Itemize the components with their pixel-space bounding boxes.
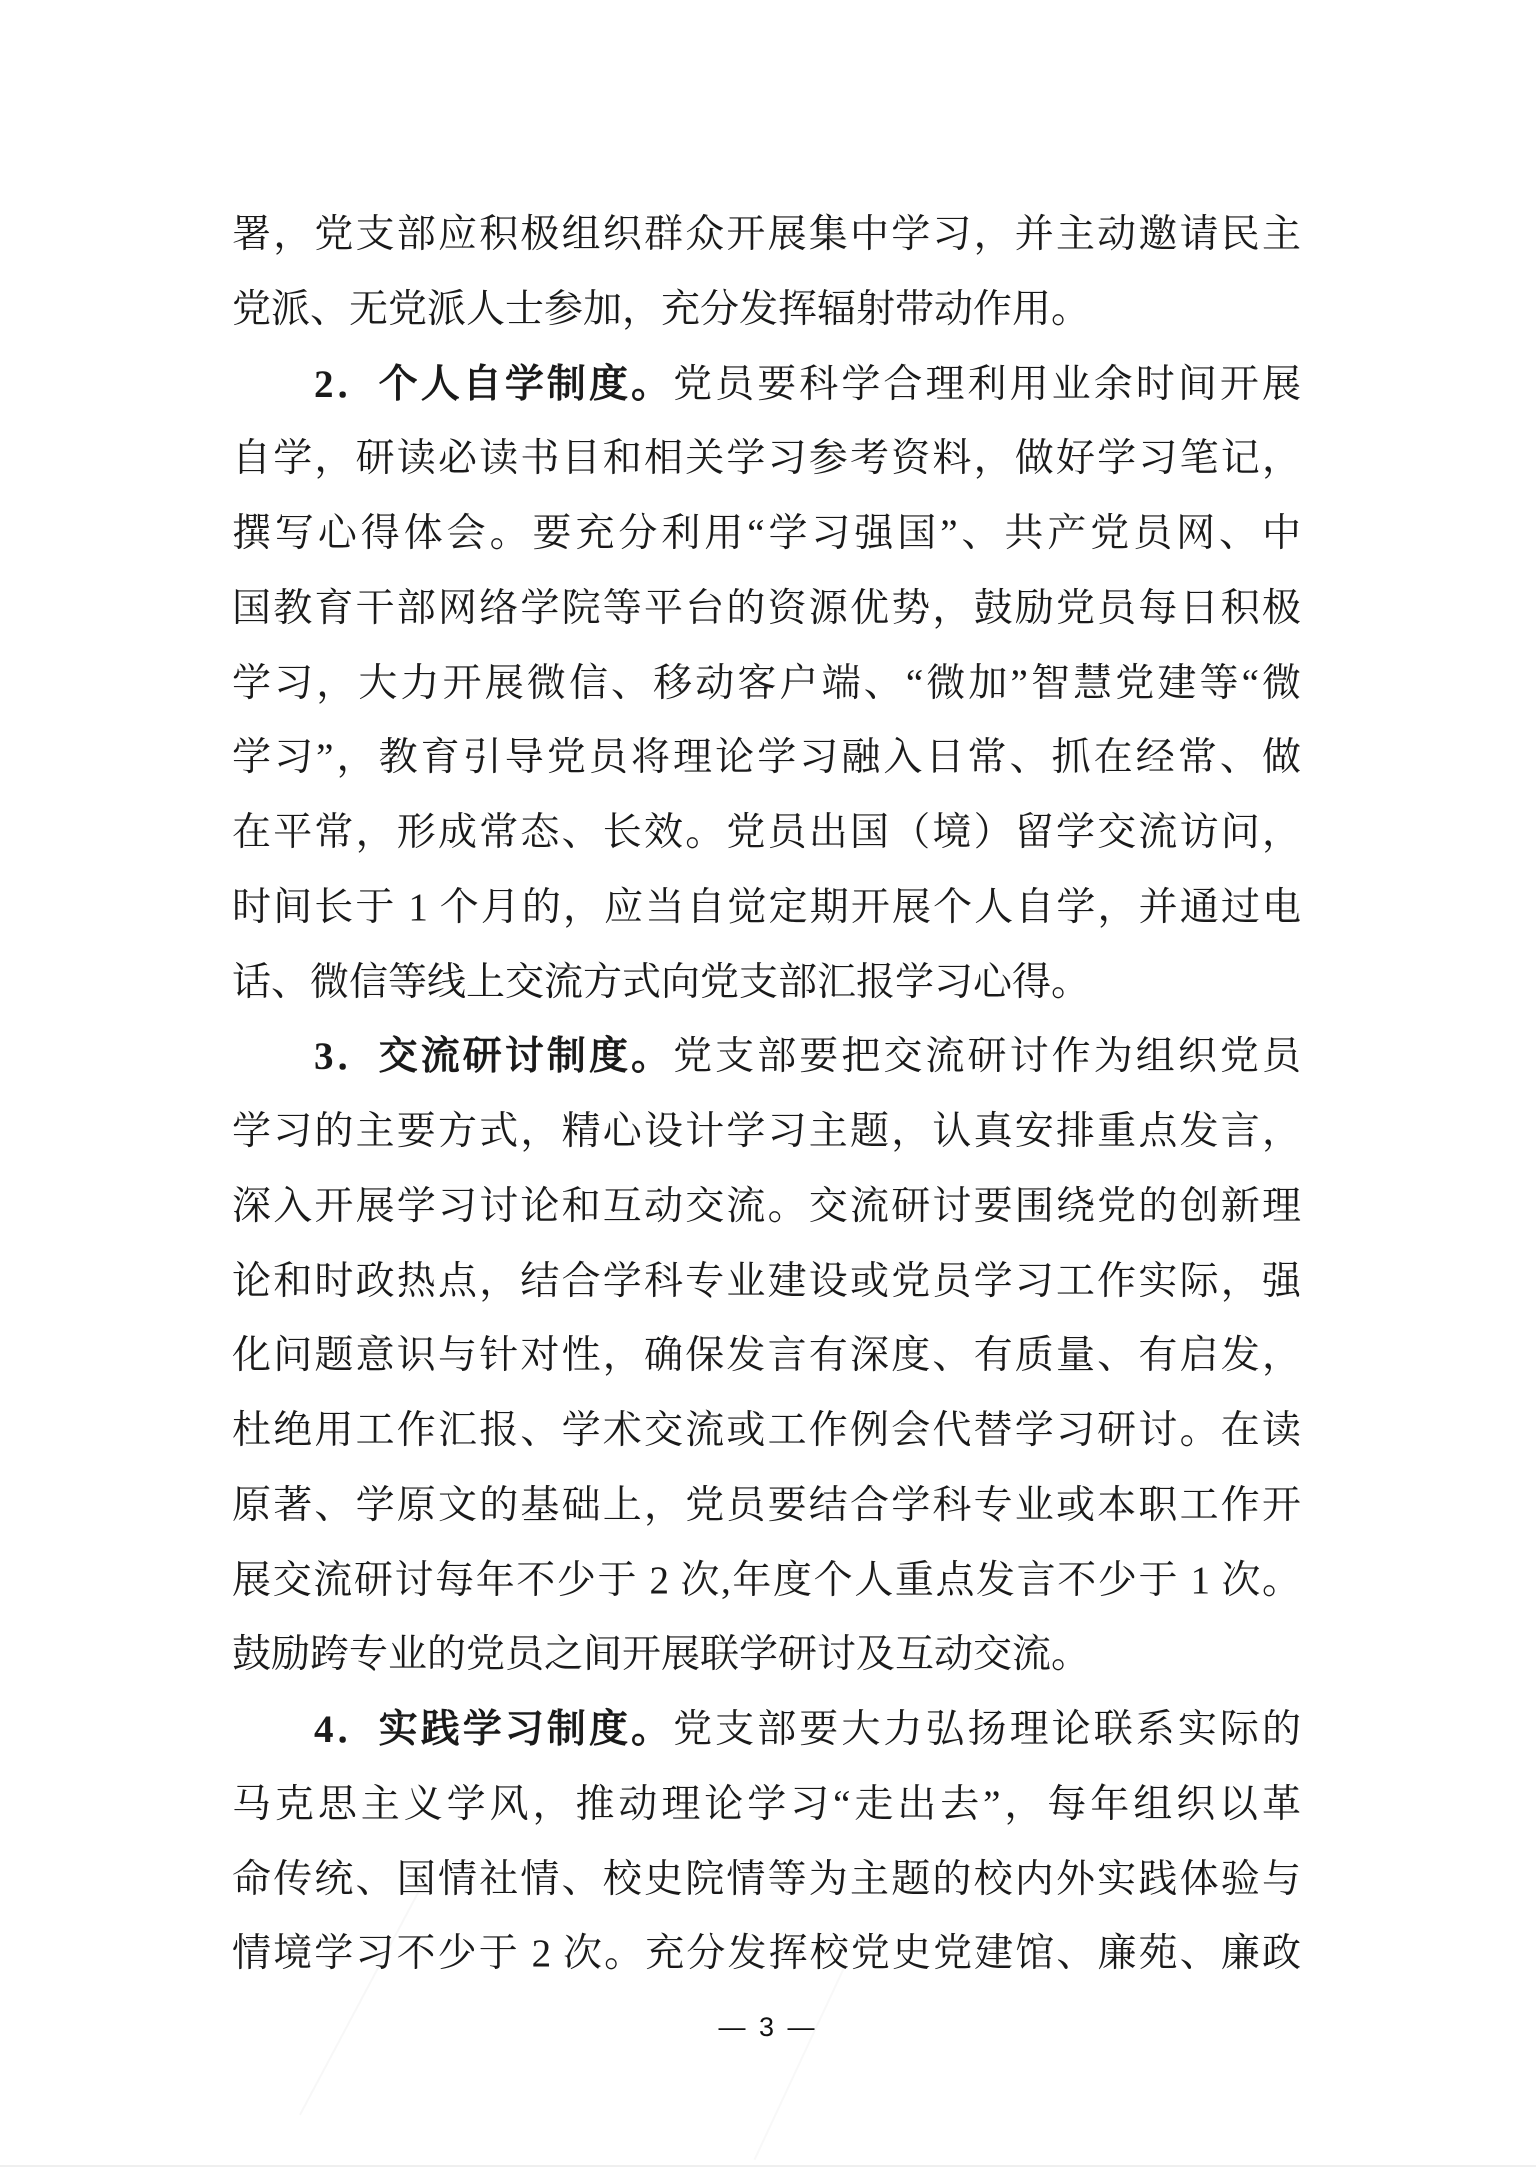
text-line: 原著、学原文的基础上，党员要结合学科专业或本职工作开 (232, 1469, 1301, 1544)
page-bottom-edge (0, 2165, 1536, 2167)
paragraph-text: 党派、无党派人士参加，充分发挥辐射带动作用。 (232, 288, 1090, 331)
paragraph-text: 党支部要把交流研讨作为组织党员 (673, 1035, 1301, 1078)
page-number: — 3 — (0, 2012, 1536, 2043)
paragraph-heading: 3．交流研讨制度。 (314, 1035, 673, 1078)
paragraph-text: 命传统、国情社情、校史院情等为主题的校内外实践体验与 (232, 1858, 1301, 1901)
paragraph-heading: 4．实践学习制度。 (314, 1708, 673, 1751)
paragraph-text: 学习”，教育引导党员将理论学习融入日常、抓在经常、做 (232, 736, 1301, 779)
paragraph-text: 学习的主要方式，精心设计学习主题，认真安排重点发言， (232, 1110, 1301, 1153)
paragraph-text: 在平常，形成常态、长效。党员出国（境）留学交流访问， (232, 811, 1301, 854)
paragraph-text: 展交流研讨每年不少于 2 次,年度个人重点发言不少于 1 次。 (232, 1559, 1301, 1602)
paragraph-text: 时间长于 1 个月的，应当自觉定期开展个人自学，并通过电 (232, 886, 1301, 929)
text-line: 论和时政热点，结合学科专业建设或党员学习工作实际，强 (232, 1245, 1301, 1320)
paragraph-heading: 2．个人自学制度。 (314, 363, 673, 406)
text-line: 学习”，教育引导党员将理论学习融入日常、抓在经常、做 (232, 721, 1301, 796)
text-line: 国教育干部网络学院等平台的资源优势，鼓励党员每日积极 (232, 572, 1301, 647)
text-line: 情境学习不少于 2 次。充分发挥校党史党建馆、廉苑、廉政 (232, 1917, 1301, 1992)
paragraph-text: 鼓励跨专业的党员之间开展联学研讨及互动交流。 (232, 1633, 1090, 1676)
text-line: 署，党支部应积极组织群众开展集中学习，并主动邀请民主 (232, 198, 1301, 273)
text-line: 深入开展学习讨论和互动交流。交流研讨要围绕党的创新理 (232, 1170, 1301, 1245)
text-line: 展交流研讨每年不少于 2 次,年度个人重点发言不少于 1 次。 (232, 1544, 1301, 1619)
text-line: 学习的主要方式，精心设计学习主题，认真安排重点发言， (232, 1095, 1301, 1170)
paragraph-text: 马克思主义学风，推动理论学习“走出去”，每年组织以革 (232, 1783, 1301, 1826)
text-line: 杜绝用工作汇报、学术交流或工作例会代替学习研讨。在读 (232, 1394, 1301, 1469)
text-line: 命传统、国情社情、校史院情等为主题的校内外实践体验与 (232, 1843, 1301, 1918)
text-line: 在平常，形成常态、长效。党员出国（境）留学交流访问， (232, 796, 1301, 871)
paragraph-text: 撰写心得体会。要充分利用“学习强国”、共产党员网、中 (232, 512, 1301, 555)
paragraph-text: 自学，研读必读书目和相关学习参考资料，做好学习笔记， (232, 437, 1301, 480)
paragraph-text: 国教育干部网络学院等平台的资源优势，鼓励党员每日积极 (232, 587, 1301, 630)
paragraph-text: 党员要科学合理利用业余时间开展 (673, 363, 1301, 406)
paragraph-text: 原著、学原文的基础上，党员要结合学科专业或本职工作开 (232, 1484, 1301, 1527)
paragraph-text: 论和时政热点，结合学科专业建设或党员学习工作实际，强 (232, 1260, 1301, 1303)
text-line: 马克思主义学风，推动理论学习“走出去”，每年组织以革 (232, 1768, 1301, 1843)
text-line: 撰写心得体会。要充分利用“学习强国”、共产党员网、中 (232, 497, 1301, 572)
text-line: 学习，大力开展微信、移动客户端、“微加”智慧党建等“微 (232, 647, 1301, 722)
text-line: 3．交流研讨制度。党支部要把交流研讨作为组织党员 (232, 1020, 1301, 1095)
paragraph-text: 学习，大力开展微信、移动客户端、“微加”智慧党建等“微 (232, 662, 1301, 705)
text-line: 化问题意识与针对性，确保发言有深度、有质量、有启发， (232, 1319, 1301, 1394)
text-line: 鼓励跨专业的党员之间开展联学研讨及互动交流。 (232, 1618, 1301, 1693)
paragraph-text: 深入开展学习讨论和互动交流。交流研讨要围绕党的创新理 (232, 1185, 1301, 1228)
text-line: 话、微信等线上交流方式向党支部汇报学习心得。 (232, 946, 1301, 1021)
document-page: 署，党支部应积极组织群众开展集中学习，并主动邀请民主党派、无党派人士参加，充分发… (0, 0, 1536, 2174)
text-block: 署，党支部应积极组织群众开展集中学习，并主动邀请民主党派、无党派人士参加，充分发… (232, 198, 1301, 1992)
text-line: 4．实践学习制度。党支部要大力弘扬理论联系实际的 (232, 1693, 1301, 1768)
paragraph-text: 署，党支部应积极组织群众开展集中学习，并主动邀请民主 (232, 213, 1301, 256)
paragraph-text: 杜绝用工作汇报、学术交流或工作例会代替学习研讨。在读 (232, 1409, 1301, 1452)
text-line: 自学，研读必读书目和相关学习参考资料，做好学习笔记， (232, 422, 1301, 497)
paragraph-text: 话、微信等线上交流方式向党支部汇报学习心得。 (232, 961, 1090, 1004)
text-line: 党派、无党派人士参加，充分发挥辐射带动作用。 (232, 273, 1301, 348)
paragraph-text: 化问题意识与针对性，确保发言有深度、有质量、有启发， (232, 1334, 1301, 1377)
text-line: 2．个人自学制度。党员要科学合理利用业余时间开展 (232, 348, 1301, 423)
paragraph-text: 党支部要大力弘扬理论联系实际的 (673, 1708, 1301, 1751)
text-line: 时间长于 1 个月的，应当自觉定期开展个人自学，并通过电 (232, 871, 1301, 946)
